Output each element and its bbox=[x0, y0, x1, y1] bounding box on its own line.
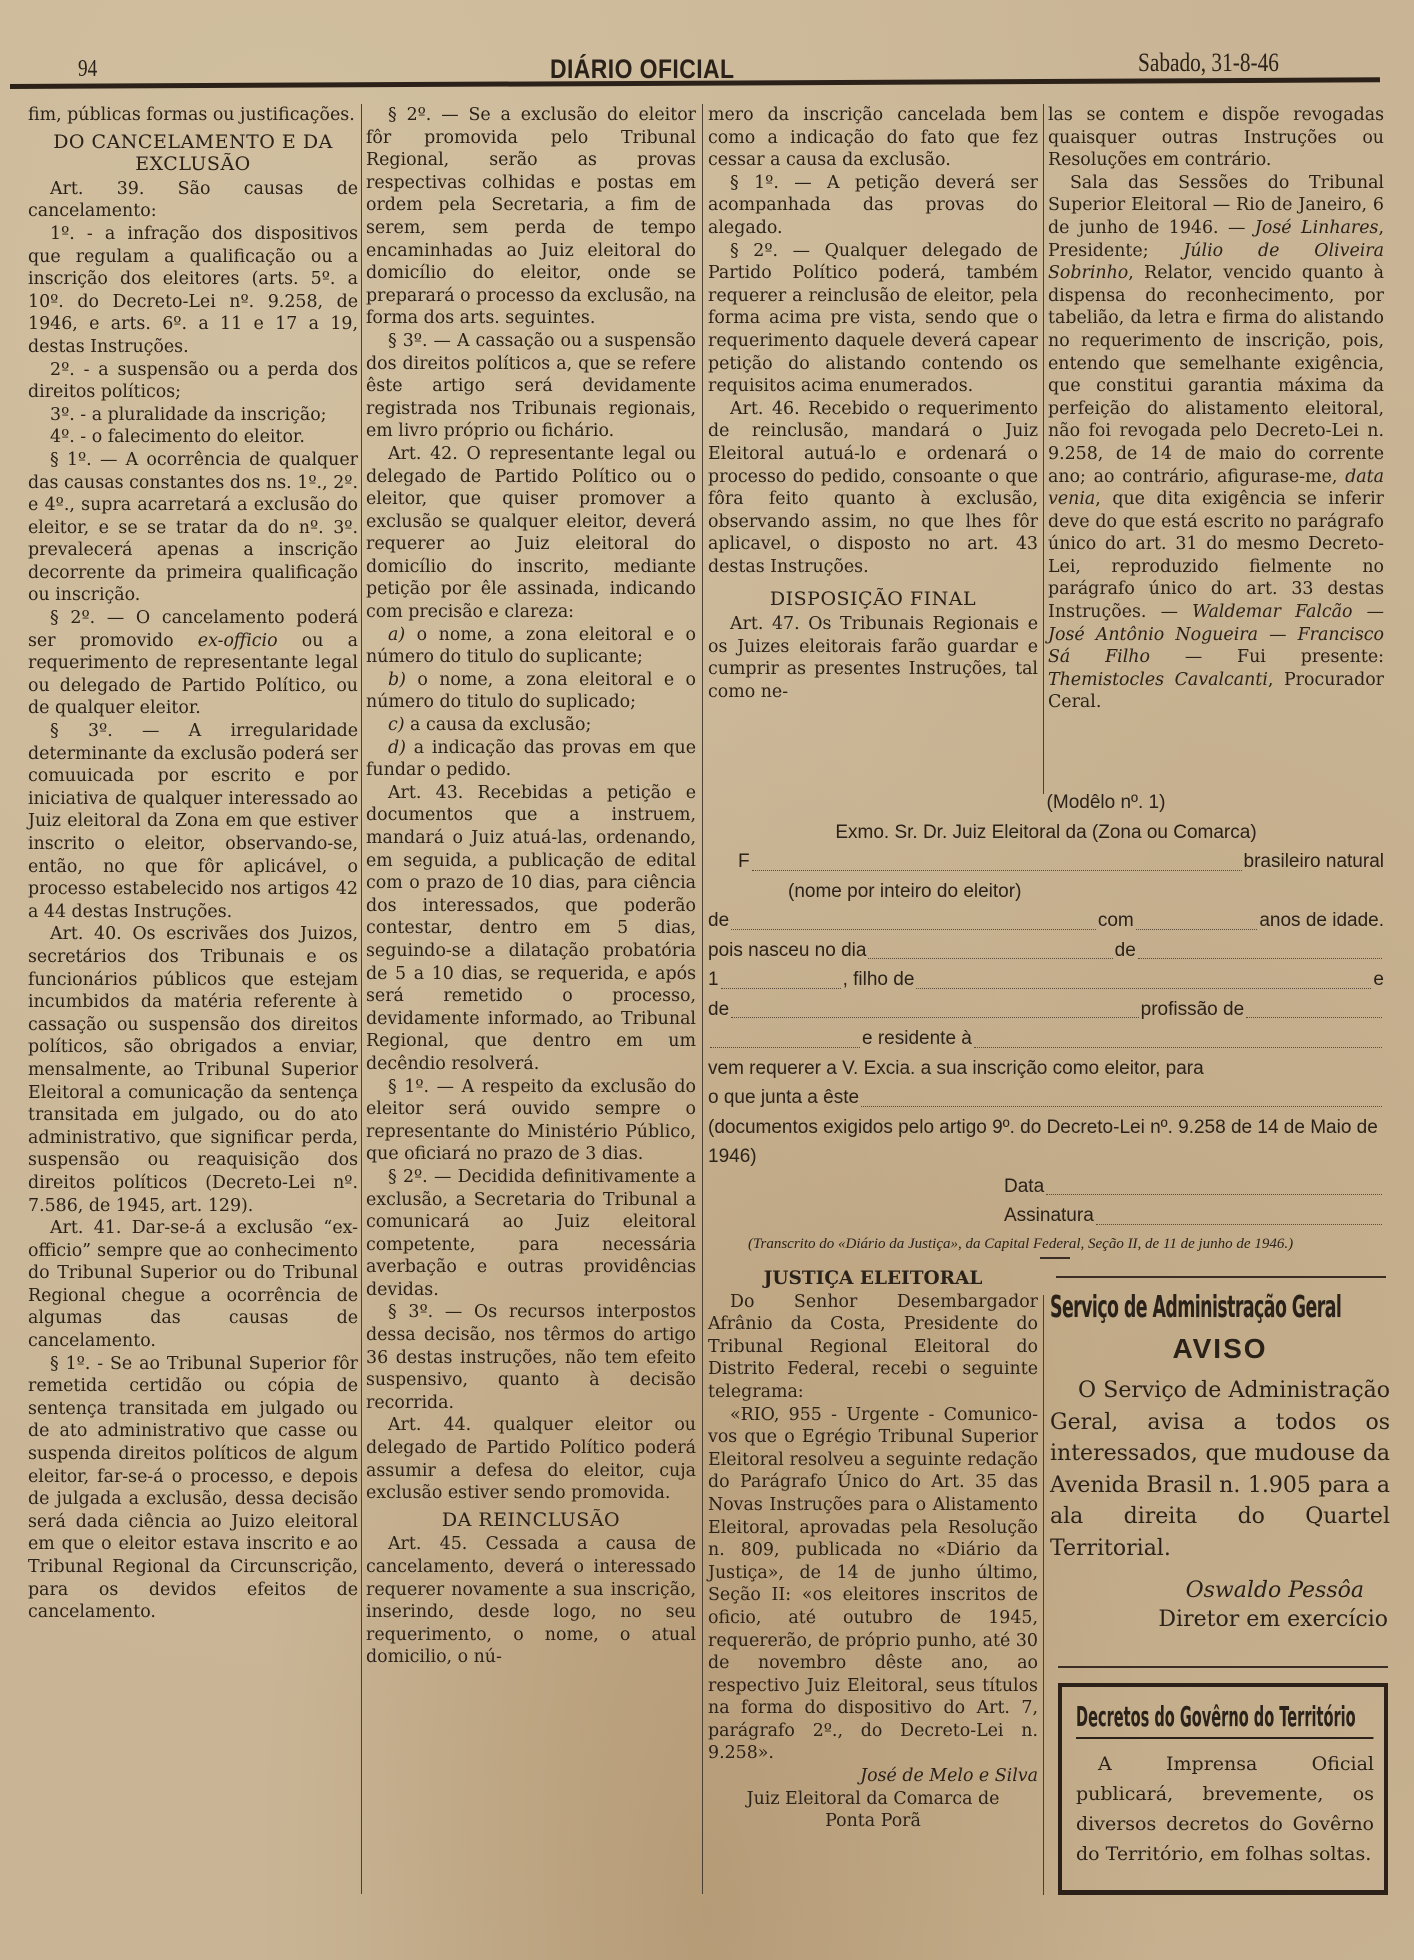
aviso-subtitle: AVISO bbox=[1050, 1333, 1390, 1365]
section-divider bbox=[1040, 1257, 1070, 1259]
birth-year-field[interactable] bbox=[721, 987, 841, 989]
article-46: Art. 46. Recebido o requerimento de rein… bbox=[708, 398, 1038, 579]
transcription-note: (Transcrito do «Diário da Justiça», da C… bbox=[708, 1235, 1384, 1254]
birthplace-field[interactable] bbox=[731, 928, 1096, 930]
article-39-item-1: 1º. - a infração dos dispositivos que re… bbox=[28, 223, 358, 359]
article-41-paragraph-3: § 3º. — A cassação ou a suspensão dos di… bbox=[366, 330, 696, 443]
column-2: § 2º. — Se a exclusão do eleitor fôr pro… bbox=[366, 104, 696, 1669]
age-field[interactable] bbox=[1136, 928, 1258, 930]
article-40: Art. 40. Os escrivães dos Juizos, secret… bbox=[28, 923, 358, 1217]
decretos-body: A Imprensa Oficial publicará, brevemente… bbox=[1076, 1749, 1374, 1869]
aviso-body: O Serviço de Administração Geral, avisa … bbox=[1050, 1375, 1390, 1564]
article-47: Art. 47. Os Tribunais Regionais e os Jui… bbox=[708, 613, 1038, 703]
section-heading-cancelamento: DO CANCELAMENTO E DA EXCLUSÃO bbox=[28, 131, 358, 176]
session-closing: Sala das Sessões do Tribunal Superior El… bbox=[1048, 172, 1384, 714]
article-39-paragraph-1: § 1º. — A ocorrência de qualquer das cau… bbox=[28, 449, 358, 607]
registration-form-model: (Modêlo nº. 1) Exmo. Sr. Dr. Juiz Eleito… bbox=[708, 788, 1384, 1254]
paragraph: fim, públicas formas ou justificações. bbox=[28, 104, 358, 127]
column-3: mero da inscrição cancelada bem como a i… bbox=[708, 104, 1038, 703]
issue-date: Sabado, 31-8-46 bbox=[1138, 48, 1279, 78]
column-divider bbox=[1043, 1295, 1044, 1895]
profession-field[interactable] bbox=[1246, 1016, 1382, 1018]
article-39-paragraph-3: § 3º. — A irregularidade determinante da… bbox=[28, 720, 358, 923]
address-field[interactable] bbox=[974, 1046, 1382, 1048]
article-42-item-b: b) o nome, a zona eleitoral e o número d… bbox=[366, 669, 696, 714]
column-divider bbox=[361, 104, 362, 1894]
article-39-item-3: 3º. - a pluralidade da inscrição; bbox=[28, 404, 358, 427]
column-divider bbox=[702, 104, 703, 1894]
column-divider bbox=[1043, 104, 1044, 794]
justica-eleitoral-heading: JUSTIÇA ELEITORAL bbox=[708, 1268, 1038, 1291]
article-39-item-2: 2º. - a suspensão ou a perda dos direito… bbox=[28, 359, 358, 404]
profession-cont-field[interactable] bbox=[710, 1046, 860, 1048]
page-number: 94 bbox=[78, 56, 97, 83]
article-39-item-4: 4º. - o falecimento do eleitor. bbox=[28, 426, 358, 449]
signatory-location: Ponta Porã bbox=[708, 1810, 1038, 1833]
aviso-notice: Serviço de Administração Geral AVISO O S… bbox=[1050, 1285, 1390, 1632]
aviso-title: Serviço de Administração Geral bbox=[1050, 1285, 1247, 1331]
article-45-paragraph-1: § 1º. — A petição deverá ser acompanhada… bbox=[708, 172, 1038, 240]
decretos-title: Decretos do Govêrno do Território bbox=[1076, 1697, 1374, 1739]
article-43: Art. 43. Recebidas a petição e documento… bbox=[366, 782, 696, 1076]
telegram-text: «RIO, 955 - Urgente - Comunico-vos que o… bbox=[708, 1404, 1038, 1766]
birth-month-field[interactable] bbox=[1138, 957, 1382, 959]
signature: José de Melo e Silva bbox=[708, 1765, 1038, 1788]
name-field-hint: (nome por inteiro do eleitor) bbox=[708, 877, 1384, 907]
article-45-paragraph-2: § 2º. — Qualquer delegado de Partido Pol… bbox=[708, 240, 1038, 398]
form-documents-note: (documentos exigidos pelo artigo 9º. do … bbox=[708, 1113, 1384, 1172]
decretos-box: Decretos do Govêrno do Território A Impr… bbox=[1058, 1683, 1388, 1895]
article-47-continued: las se contem e dispõe revogadas quaisqu… bbox=[1048, 104, 1384, 172]
attachments-field[interactable] bbox=[861, 1105, 1382, 1107]
form-request: vem requerer a V. Excia. a sua inscrição… bbox=[708, 1054, 1384, 1084]
paragraph: Do Senhor Desembargador Afrânio da Costa… bbox=[708, 1291, 1038, 1404]
article-45: Art. 45. Cessada a causa de cancelamento… bbox=[366, 1533, 696, 1669]
article-45-continued: mero da inscrição cancelada bem como a i… bbox=[708, 104, 1038, 172]
article-41: Art. 41. Dar-se-á a exclusão “ex-officio… bbox=[28, 1217, 358, 1353]
section-heading-reinclusao: DA REINCLUSÃO bbox=[366, 1509, 696, 1532]
signature-field[interactable] bbox=[1096, 1223, 1382, 1225]
section-divider bbox=[1056, 1276, 1386, 1278]
article-43-paragraph-1: § 1º. — A respeito da exclusão do eleito… bbox=[366, 1076, 696, 1166]
article-42-item-c: c) a causa da exclusão; bbox=[366, 714, 696, 737]
section-heading-disposicao-final: DISPOSIÇÃO FINAL bbox=[708, 588, 1038, 611]
article-44: Art. 44. qualquer eleitor ou delegado de… bbox=[366, 1414, 696, 1504]
article-42-item-a: a) o nome, a zona eleitoral e o número d… bbox=[366, 624, 696, 669]
father-name-field[interactable] bbox=[916, 987, 1371, 989]
name-field[interactable] bbox=[752, 869, 1242, 871]
signatory-role: Juiz Eleitoral da Comarca de bbox=[708, 1788, 1038, 1811]
section-divider bbox=[1058, 1666, 1388, 1668]
justica-eleitoral-notice: JUSTIÇA ELEITORAL Do Senhor Desembargado… bbox=[708, 1268, 1038, 1833]
aviso-signature: Oswaldo Pessôa bbox=[1050, 1578, 1364, 1603]
article-41-paragraph-2: § 2º. — Se a exclusão do eleitor fôr pro… bbox=[366, 104, 696, 330]
article-39-paragraph-2: § 2º. — O cancelamento poderá ser promov… bbox=[28, 607, 358, 720]
form-model-label: (Modêlo nº. 1) bbox=[708, 788, 1384, 818]
article-43-paragraph-2: § 2º. — Decidida definitivamente a exclu… bbox=[366, 1166, 696, 1302]
article-39: Art. 39. São causas de cancelamento: bbox=[28, 178, 358, 223]
article-43-paragraph-3: § 3º. — Os recursos interpostos dessa de… bbox=[366, 1301, 696, 1414]
mother-name-field[interactable] bbox=[731, 1016, 1139, 1018]
article-42: Art. 42. O representante legal ou delega… bbox=[366, 443, 696, 624]
article-41-paragraph-1: § 1º. - Se ao Tribunal Superior fôr reme… bbox=[28, 1353, 358, 1624]
masthead: 94 DIÁRIO OFICIAL Sabado, 31-8-46 bbox=[0, 0, 1414, 95]
form-addressee: Exmo. Sr. Dr. Juiz Eleitoral da (Zona ou… bbox=[708, 818, 1384, 848]
column-4: las se contem e dispõe revogadas quaisqu… bbox=[1048, 104, 1384, 714]
aviso-role: Diretor em exercício bbox=[1050, 1607, 1388, 1632]
article-42-item-d: d) a indicação das provas em que fundar … bbox=[366, 737, 696, 782]
date-field[interactable] bbox=[1046, 1193, 1382, 1195]
column-1: fim, públicas formas ou justificações. D… bbox=[28, 104, 358, 1624]
birth-day-field[interactable] bbox=[868, 957, 1112, 959]
